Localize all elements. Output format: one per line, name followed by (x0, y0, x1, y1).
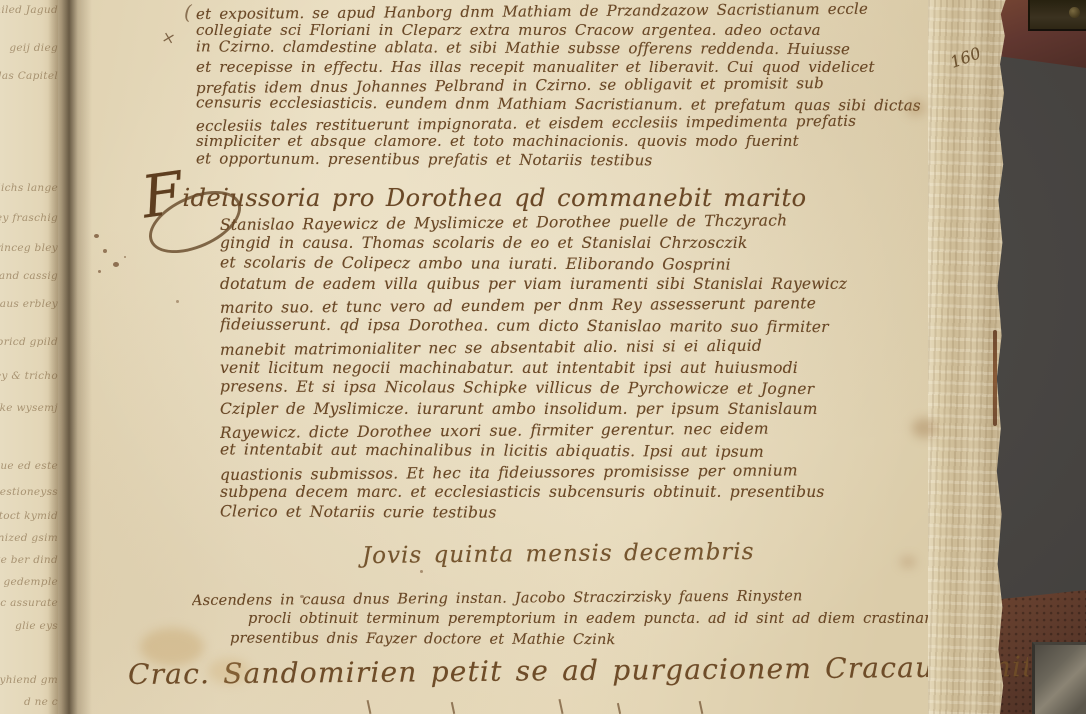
manuscript-line: simpliciter et absque clamore. et toto m… (196, 132, 954, 151)
manuscript-photo: niled Jagud geij dieg das Capitel erblic… (0, 0, 1086, 714)
paper-stain (906, 100, 926, 116)
manuscript-line: Clerico et Notariis curie testibus (220, 502, 962, 526)
ink-speck (300, 595, 304, 598)
metal-clasp-top-icon (1028, 0, 1086, 31)
manuscript-line: quastionis submissos. Et hec ita fideius… (220, 459, 962, 486)
entry-paragraph-3: Ascendens in causa dnus Bering instan. J… (192, 588, 974, 651)
manuscript-line: manebit matrimonialiter nec se absentabi… (220, 334, 962, 361)
manuscript-line: et scolaris de Colipecz ambo una iurati.… (220, 252, 962, 276)
manuscript-line: presentibus dnis Fayzer doctore et Mathi… (192, 628, 974, 652)
ink-speck (98, 270, 101, 273)
pen-paren-mark-icon: ( (184, 0, 192, 24)
gutter-shadow (48, 0, 92, 714)
ink-speck (124, 256, 126, 258)
manuscript-line: venit licitum negocii machinabatur. aut … (220, 358, 962, 379)
manuscript-line: et opportunum. presentibus prefatis et N… (196, 149, 954, 171)
metal-clasp-bottom-icon (1032, 642, 1086, 714)
ink-speck (103, 249, 107, 253)
manuscript-line: procli obtinuit terminum peremptorium in… (192, 609, 974, 630)
paper-stain (140, 628, 204, 666)
record-heading-text: ideiussoria pro Dorothea qd commanebit m… (182, 172, 806, 212)
ink-speck (530, 100, 532, 102)
ink-speck (420, 570, 423, 573)
date-heading: Jovis quinta mensis decembris (362, 539, 755, 569)
ink-speck (113, 262, 119, 267)
paper-stain (912, 418, 938, 438)
manuscript-line: subpena decem marc. et ecclesiasticis su… (220, 482, 962, 503)
flourished-initial: F (139, 169, 186, 221)
manuscript-line: collegiate sci Floriani in Cleparz extra… (196, 21, 954, 40)
manuscript-line: gingid in causa. Thomas scolaris de eo e… (220, 233, 962, 254)
edge-rust-mark (993, 330, 997, 426)
entry-paragraph-1: et expositum. se apud Hanborg dnm Mathia… (196, 2, 954, 169)
manuscript-line: in Czirno. clamdestine ablata. et sibi M… (196, 38, 954, 60)
ink-speck (94, 234, 99, 238)
paper-stain (208, 658, 250, 684)
manuscript-line: Stanislao Rayewicz de Myslimicze et Doro… (220, 209, 962, 236)
manuscript-line: Czipler de Myslimicze. iurarunt ambo ins… (220, 399, 962, 420)
manuscript-line: presens. Et si ipsa Nicolaus Schipke vil… (220, 377, 962, 401)
ink-speck (176, 300, 179, 303)
entry-paragraph-2: Stanislao Rayewicz de Myslimicze et Doro… (220, 212, 962, 524)
manuscript-line: Ascendens in causa dnus Bering instan. J… (192, 585, 974, 612)
paper-stain (900, 556, 916, 568)
clasp-screw-icon (1069, 7, 1080, 18)
